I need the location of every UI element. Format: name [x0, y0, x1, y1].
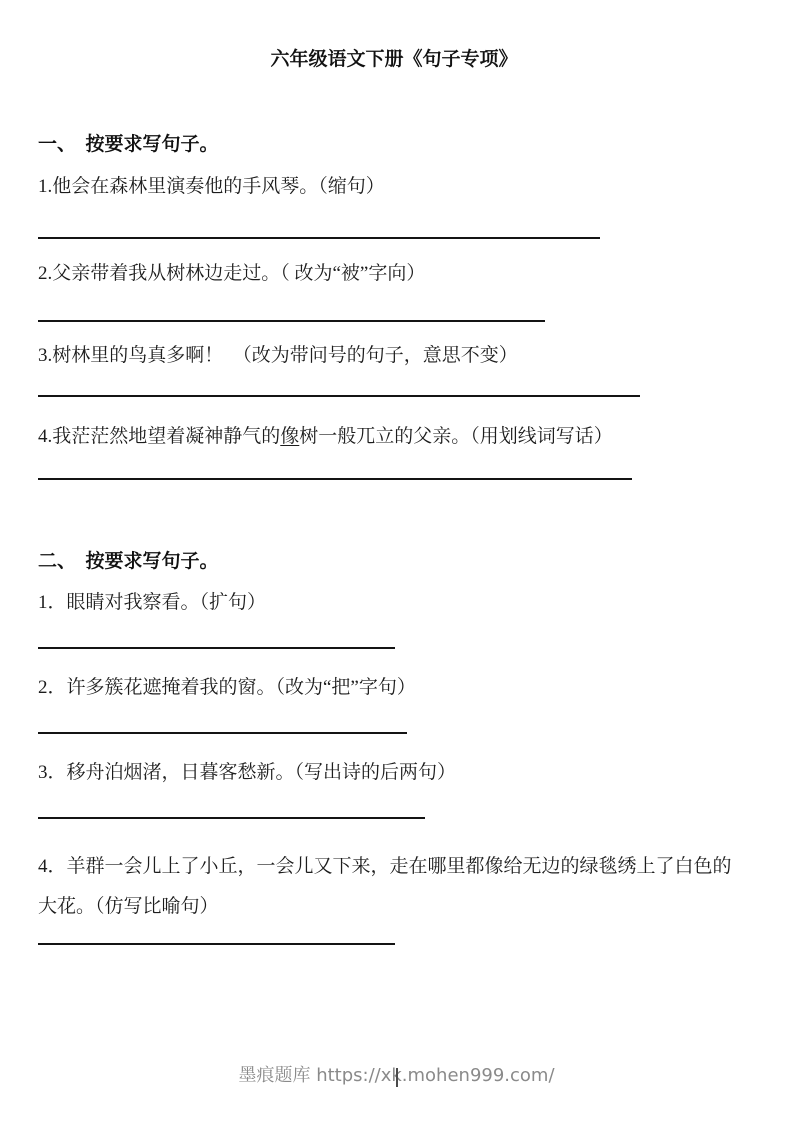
- section-1-heading: 一、 按要求写句子。: [38, 133, 750, 157]
- answer-blank-line: [38, 320, 545, 322]
- question-1-4-text-before: 4.我茫茫然地望着凝神静气的: [38, 426, 280, 447]
- question-1-2: 2.父亲带着我从树林边走过。（ 改为“被”字向）: [38, 263, 750, 285]
- worksheet-page: 六年级语文下册《句子专项》 一、 按要求写句子。 1.他会在森林里演奏他的手风琴…: [0, 0, 793, 1122]
- question-2-1: 1．眼睛对我察看。（扩句）: [38, 592, 750, 614]
- answer-blank-line: [38, 478, 632, 480]
- question-2-4: 4．羊群一会儿上了小丘，一会儿又下来，走在哪里都像给无边的绿毯绣上了白色的大花。…: [38, 847, 750, 927]
- footer-site-label: 墨痕题库: [238, 1065, 310, 1086]
- footer-url-link[interactable]: https://xk.mohen999.com/: [316, 1065, 554, 1086]
- answer-blank-line: [38, 647, 395, 649]
- section-2-heading: 二、 按要求写句子。: [38, 550, 750, 574]
- text-cursor: [396, 1068, 398, 1087]
- question-1-1: 1.他会在森林里演奏他的手风琴。（缩句）: [38, 176, 750, 198]
- answer-blank-line: [38, 732, 407, 734]
- answer-blank-line: [38, 237, 600, 239]
- answer-blank-line: [38, 943, 395, 945]
- question-1-3: 3.树林里的鸟真多啊！ （改为带问号的句子，意思不变）: [38, 345, 750, 367]
- answer-blank-line: [38, 395, 640, 397]
- question-2-2: 2．许多簇花遮掩着我的窗。（改为“把”字句）: [38, 677, 750, 699]
- question-1-4-text-after: 树一般兀立的父亲。（用划线词写话）: [299, 426, 613, 447]
- page-title: 六年级语文下册《句子专项》: [38, 47, 750, 73]
- answer-blank-line: [38, 817, 425, 819]
- underlined-word: 像: [280, 426, 299, 447]
- question-1-4: 4.我茫茫然地望着凝神静气的像树一般兀立的父亲。（用划线词写话）: [38, 426, 750, 448]
- question-2-3: 3．移舟泊烟渚，日暮客愁新。（写出诗的后两句）: [38, 762, 750, 784]
